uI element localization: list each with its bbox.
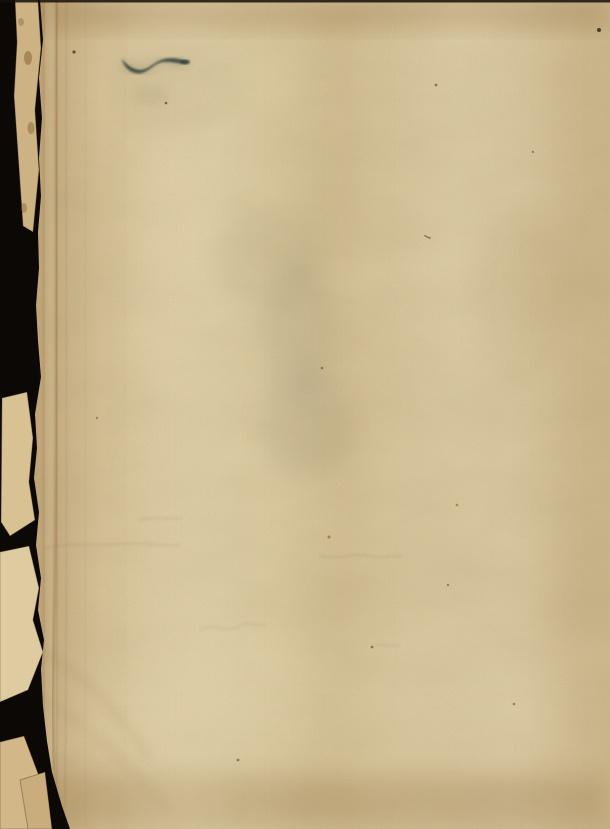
page-scan-graphic	[0, 0, 610, 829]
torn-fragment-mid	[1, 392, 35, 536]
scan-top-edge	[0, 0, 610, 3]
paper-grain	[0, 0, 610, 829]
scanned-book-page	[0, 0, 610, 829]
